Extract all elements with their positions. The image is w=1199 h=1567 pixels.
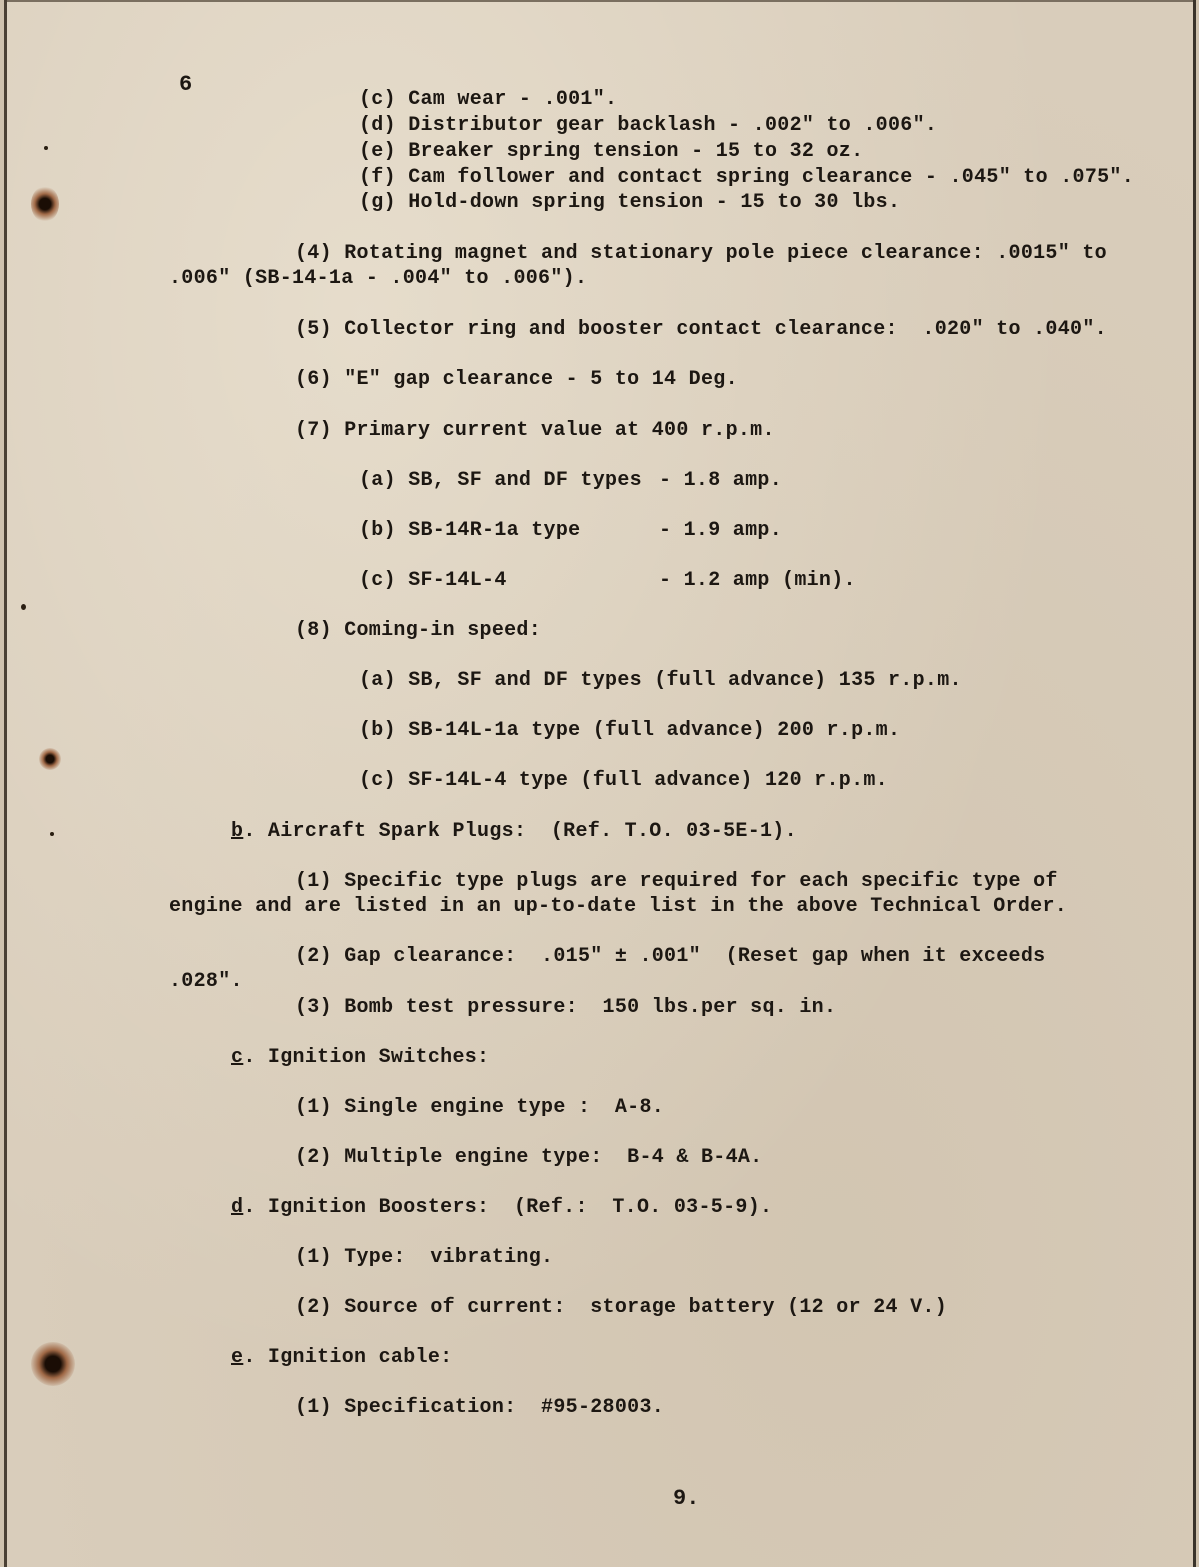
stain-mark <box>39 748 61 770</box>
item8-heading: (8) Coming-in speed: <box>295 619 541 643</box>
speck-mark <box>21 604 26 610</box>
section-b-title: . Aircraft Spark Plugs: (Ref. T.O. 03-5E… <box>243 820 797 843</box>
item8-row-a: (a) SB, SF and DF types (full advance) 1… <box>359 669 962 693</box>
section-c-heading: c. Ignition Switches: <box>231 1046 489 1070</box>
section-d-item1: (1) Type: vibrating. <box>295 1246 553 1270</box>
speck-mark <box>44 146 48 150</box>
item7-row-a-label: (a) SB, SF and DF types <box>359 469 642 493</box>
item7-row-c-value: - 1.2 amp (min). <box>659 569 856 593</box>
spec-item-e: (e) Breaker spring tension - 15 to 32 oz… <box>359 140 863 164</box>
item7-row-b-value: - 1.9 amp. <box>659 519 782 543</box>
section-e-item1: (1) Specification: #95-28003. <box>295 1396 664 1420</box>
section-d-item2: (2) Source of current: storage battery (… <box>295 1296 947 1320</box>
page-top-edge <box>7 0 1193 2</box>
section-c-item1: (1) Single engine type : A-8. <box>295 1096 664 1120</box>
section-b-item2-line1: (2) Gap clearance: .015" ± .001" (Reset … <box>295 945 1045 969</box>
section-b-heading: b. Aircraft Spark Plugs: (Ref. T.O. 03-5… <box>231 820 797 844</box>
section-c-item2: (2) Multiple engine type: B-4 & B-4A. <box>295 1146 762 1170</box>
item5: (5) Collector ring and booster contact c… <box>295 318 1107 342</box>
section-e-letter: e <box>231 1346 243 1369</box>
section-d-title: . Ignition Boosters: (Ref.: T.O. 03-5-9)… <box>243 1196 772 1219</box>
item7-row-c-label: (c) SF-14L-4 <box>359 569 507 593</box>
speck-mark <box>50 832 54 836</box>
page-header-number: 6 <box>179 72 192 97</box>
section-b-item1-line1: (1) Specific type plugs are required for… <box>295 870 1058 894</box>
section-c-letter: c <box>231 1046 243 1069</box>
stain-mark <box>31 1342 75 1386</box>
item4-line1: (4) Rotating magnet and stationary pole … <box>295 242 1107 266</box>
document-page: 6 (c) Cam wear - .001". (d) Distributor … <box>4 0 1196 1567</box>
spec-item-f: (f) Cam follower and contact spring clea… <box>359 166 1134 190</box>
item7-heading: (7) Primary current value at 400 r.p.m. <box>295 419 775 443</box>
spec-item-d: (d) Distributor gear backlash - .002" to… <box>359 114 937 138</box>
section-e-heading: e. Ignition cable: <box>231 1346 452 1370</box>
section-e-title: . Ignition cable: <box>243 1346 452 1369</box>
stain-mark <box>31 186 59 222</box>
section-b-item2-line2: .028". <box>169 970 243 994</box>
section-c-title: . Ignition Switches: <box>243 1046 489 1069</box>
item7-row-b-label: (b) SB-14R-1a type <box>359 519 580 543</box>
item4-line2: .006" (SB-14-1a - .004" to .006"). <box>169 267 587 291</box>
page-footer-number: 9. <box>673 1486 699 1511</box>
item8-row-c: (c) SF-14L-4 type (full advance) 120 r.p… <box>359 769 888 793</box>
spec-item-g: (g) Hold-down spring tension - 15 to 30 … <box>359 191 900 215</box>
section-d-heading: d. Ignition Boosters: (Ref.: T.O. 03-5-9… <box>231 1196 772 1220</box>
item8-row-b: (b) SB-14L-1a type (full advance) 200 r.… <box>359 719 900 743</box>
item6: (6) "E" gap clearance - 5 to 14 Deg. <box>295 368 738 392</box>
section-d-letter: d <box>231 1196 243 1219</box>
section-b-letter: b <box>231 820 243 843</box>
section-b-item1-line2: engine and are listed in an up-to-date l… <box>169 895 1067 919</box>
item7-row-a-value: - 1.8 amp. <box>659 469 782 493</box>
spec-item-c: (c) Cam wear - .001". <box>359 88 617 112</box>
section-b-item3: (3) Bomb test pressure: 150 lbs.per sq. … <box>295 996 836 1020</box>
